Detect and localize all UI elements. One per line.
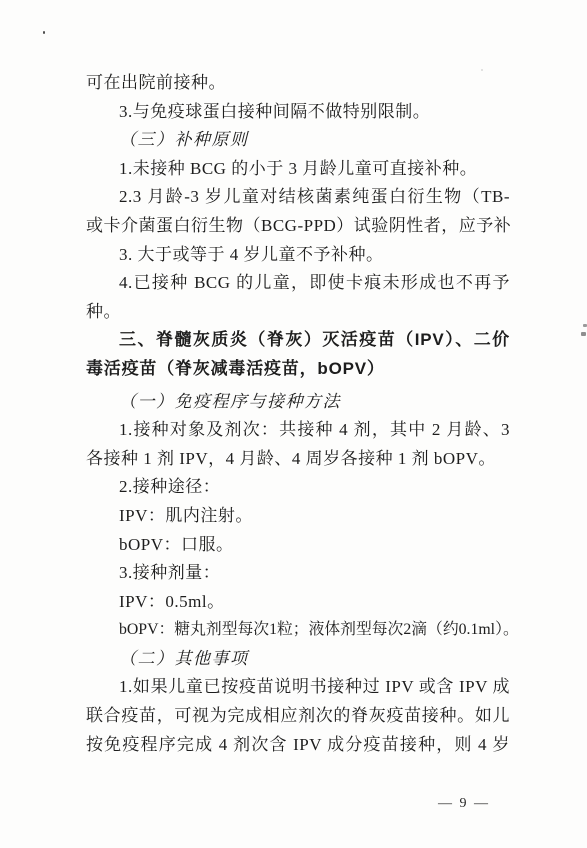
- text-line: 1.接种对象及剂次：共接种 4 剂，其中 2 月龄、3 月龄: [86, 416, 510, 445]
- text-line: bOPV：糖丸剂型每次1粒；液体剂型每次2滴（约0.1ml）。: [86, 616, 510, 645]
- text-line: 种。: [86, 298, 510, 327]
- text-line: IPV：肌内注射。: [86, 502, 510, 531]
- document-body: 可在出院前接种。 3.与免疫球蛋白接种间隔不做特别限制。 （三）补种原则 1.未…: [86, 69, 510, 759]
- text-line: 3.接种剂量：: [86, 559, 510, 588]
- text-line: 可在出院前接种。: [86, 69, 510, 98]
- text-line: 2.3 月龄-3 岁儿童对结核菌素纯蛋白衍生物（TB-PPD）: [86, 183, 510, 212]
- text-line: 1.未接种 BCG 的小于 3 月龄儿童可直接补种。: [86, 155, 510, 184]
- section-heading-line: 三、脊髓灰质炎（脊灰）灭活疫苗（IPV）、二价脊灰减: [86, 326, 510, 355]
- text-line: 联合疫苗，可视为完成相应剂次的脊灰疫苗接种。如儿童已: [86, 702, 510, 731]
- text-line: 按免疫程序完成 4 剂次含 IPV 成分疫苗接种，则 4 岁无需再: [86, 731, 510, 760]
- subsection-heading-line: （一）免疫程序与接种方法: [86, 388, 510, 417]
- text-line: 3. 大于或等于 4 岁儿童不予补种。: [86, 241, 510, 270]
- text-line: 1.如果儿童已按疫苗说明书接种过 IPV 或含 IPV 成分的: [86, 673, 510, 702]
- section-heading-line: 毒活疫苗（脊灰减毒活疫苗，bOPV）: [86, 355, 510, 384]
- scan-speck: [43, 31, 45, 34]
- text-line: 2.接种途径：: [86, 473, 510, 502]
- text-line: 3.与免疫球蛋白接种间隔不做特别限制。: [86, 98, 510, 127]
- text-line: 各接种 1 剂 IPV，4 月龄、4 周岁各接种 1 剂 bOPV。: [86, 445, 510, 474]
- subsection-heading-line: （三）补种原则: [86, 126, 510, 155]
- text-line: IPV：0.5ml。: [86, 588, 510, 617]
- page-number: — 9 —: [438, 796, 490, 812]
- text-line: bOPV：口服。: [86, 531, 510, 560]
- text-line: 或卡介菌蛋白衍生物（BCG-PPD）试验阴性者，应予补种。: [86, 212, 510, 241]
- scan-speck: [581, 332, 586, 336]
- scan-speck: [481, 69, 483, 71]
- text-line: 4.已接种 BCG 的儿童，即使卡痕未形成也不再予以补: [86, 269, 510, 298]
- scan-speck: [583, 324, 587, 327]
- scanned-document-page: 可在出院前接种。 3.与免疫球蛋白接种间隔不做特别限制。 （三）补种原则 1.未…: [0, 0, 587, 848]
- subsection-heading-line: （二）其他事项: [86, 645, 510, 674]
